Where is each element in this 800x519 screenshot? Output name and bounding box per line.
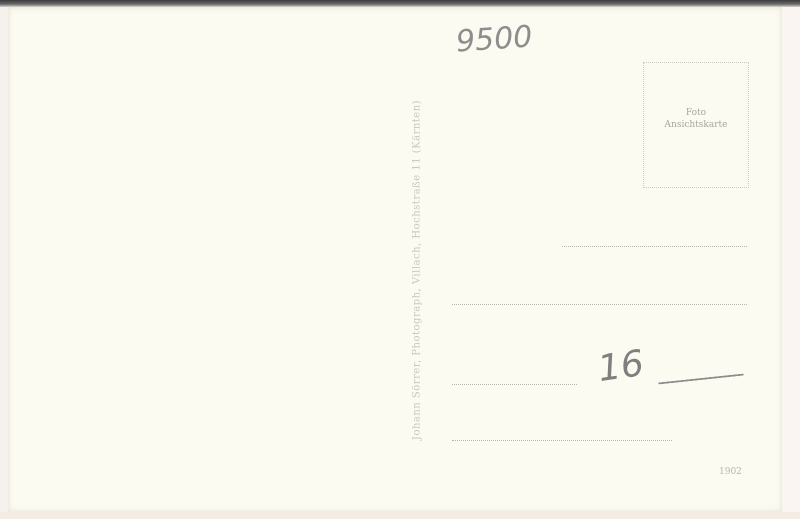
stamp-box: Foto Ansichtskarte xyxy=(643,62,749,188)
scan-top-edge xyxy=(0,0,800,7)
handwritten-number: 16 xyxy=(595,343,646,390)
address-line-4 xyxy=(452,440,672,441)
address-line-2 xyxy=(452,304,747,305)
scan-right-margin xyxy=(782,7,800,519)
handwritten-postal-code: 9500 xyxy=(455,19,534,59)
stamp-label-line1: Foto xyxy=(644,107,748,119)
address-line-1 xyxy=(562,246,747,247)
stamp-label-line2: Ansichtskarte xyxy=(644,119,748,131)
scan-bottom-edge xyxy=(0,512,800,519)
print-code: 1902 xyxy=(719,467,742,477)
address-line-3 xyxy=(452,384,577,385)
publisher-divider-text: Johann Sörrer, Photograph, Villach, Hoch… xyxy=(412,100,423,440)
stamp-box-label: Foto Ansichtskarte xyxy=(644,107,748,131)
